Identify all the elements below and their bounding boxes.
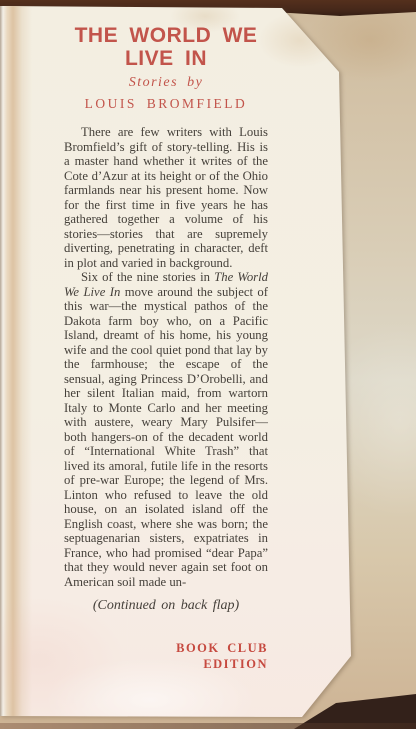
paragraph-text: There are few writers with Louis Bromfie…	[64, 125, 268, 270]
paragraph-text: Six of the nine stories in	[81, 270, 214, 284]
book-author: LOUIS BROMFIELD	[64, 96, 268, 112]
flap-paragraphs: There are few writers with Louis Bromfie…	[64, 125, 268, 589]
book-jacket-photo: THE WORLD WE LIVE IN Stories by LOUIS BR…	[0, 0, 416, 729]
dust-jacket-flap: THE WORLD WE LIVE IN Stories by LOUIS BR…	[0, 0, 416, 729]
edition-badge: BOOK CLUB EDITION	[64, 640, 268, 672]
edition-line1: BOOK CLUB	[64, 640, 268, 656]
book-title-line1: THE WORLD WE	[64, 24, 268, 47]
flap-shadow-wrap: THE WORLD WE LIVE IN Stories by LOUIS BR…	[0, 0, 416, 729]
book-subtitle: Stories by	[64, 75, 268, 91]
paragraph-text: move around the subject of this war—the …	[64, 285, 268, 589]
flap-content: THE WORLD WE LIVE IN Stories by LOUIS BR…	[64, 24, 268, 672]
book-title: THE WORLD WE LIVE IN	[64, 24, 268, 70]
edition-line2: EDITION	[64, 656, 268, 672]
continued-note: (Continued on back flap)	[64, 598, 268, 614]
flap-fold-edge	[0, 0, 32, 729]
flap-paragraph: There are few writers with Louis Bromfie…	[64, 125, 268, 270]
flap-paragraph: Six of the nine stories in The World We …	[64, 270, 268, 589]
book-title-line2: LIVE IN	[64, 47, 268, 70]
